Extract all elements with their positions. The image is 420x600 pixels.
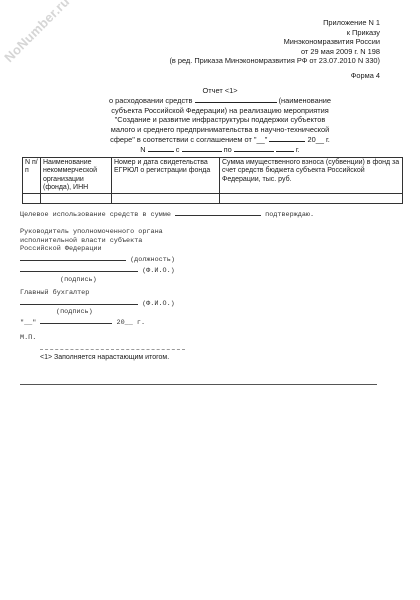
- position-line: (должность): [20, 254, 175, 265]
- signer-title: Руководитель уполномоченного органа: [20, 228, 175, 237]
- report-heading: Отчет <1>: [60, 86, 380, 95]
- title-line-4: малого и среднего предпринимательства в …: [60, 125, 380, 134]
- header-line: Минэкономразвития России: [169, 37, 380, 47]
- blank-field: [148, 144, 174, 152]
- col-header-organization: Наименование некоммерческой организации …: [41, 158, 112, 194]
- title-line-2: субъекта Российской Федерации) на реализ…: [60, 106, 380, 115]
- title-text: N: [140, 145, 145, 154]
- header-line: от 29 мая 2009 г. N 198: [169, 47, 380, 57]
- head-signature-block: Руководитель уполномоченного органа испо…: [20, 228, 175, 284]
- fio-label: (Ф.И.О.): [142, 267, 175, 275]
- blank-field: [276, 144, 294, 152]
- title-line-3: "Создание и развитие инфраструктуры подд…: [60, 115, 380, 124]
- date-year: 20__ г.: [117, 319, 146, 327]
- table-cell[interactable]: [41, 194, 112, 204]
- col-header-number: N п/п: [23, 158, 41, 194]
- confirmation-line: Целевое использование средств в сумме по…: [20, 209, 314, 220]
- confirmation-text: Целевое использование средств в сумме: [20, 211, 171, 219]
- header-line: (в ред. Приказа Минэкономразвития РФ от …: [169, 56, 380, 66]
- blank-field: [182, 144, 222, 152]
- bottom-divider: [20, 384, 377, 385]
- footnote-separator: [40, 349, 185, 350]
- report-title: Отчет <1> о расходовании средств (наимен…: [60, 86, 380, 155]
- table-header-row: N п/п Наименование некоммерческой органи…: [23, 158, 403, 194]
- form-label: Форма 4: [351, 71, 380, 80]
- signer-title: Российской Федерации: [20, 245, 175, 254]
- fio-line: (Ф.И.О.): [20, 265, 175, 276]
- watermark: NoNumber.ru: [1, 0, 72, 65]
- header-line: Приложение N 1: [169, 18, 380, 28]
- fio-label: (Ф.И.О.): [142, 300, 175, 308]
- signer-title: Главный бухгалтер: [20, 289, 175, 298]
- blank-field: [234, 144, 274, 152]
- date-month-blank: [40, 317, 112, 324]
- title-text: г.: [296, 145, 300, 154]
- report-table: N п/п Наименование некоммерческой органи…: [22, 157, 403, 204]
- position-blank: [20, 254, 126, 261]
- col-header-amount: Сумма имущественного взноса (субвенции) …: [220, 158, 403, 194]
- title-line-6: N с по г.: [60, 144, 380, 154]
- signature-label: (подпись): [20, 276, 175, 285]
- title-text: о расходовании средств: [109, 96, 192, 105]
- approval-header: Приложение N 1 к Приказу Минэкономразвит…: [169, 18, 380, 66]
- fio-blank: [20, 298, 138, 305]
- table-row: [23, 194, 403, 204]
- title-line-1: о расходовании средств (наименование: [60, 95, 380, 105]
- table-cell[interactable]: [23, 194, 41, 204]
- header-line: к Приказу: [169, 28, 380, 38]
- blank-field: [195, 95, 277, 103]
- date-day: "__": [20, 319, 36, 327]
- title-text: 20__ г.: [308, 135, 330, 144]
- title-text: по: [224, 145, 232, 154]
- title-text: (наименование: [279, 96, 331, 105]
- col-header-certificate: Номер и дата свидетельства ЕГРЮЛ о регис…: [112, 158, 220, 194]
- title-text: с: [176, 145, 180, 154]
- title-text: сфере" в соответствии с соглашением от "…: [110, 135, 267, 144]
- table-cell[interactable]: [220, 194, 403, 204]
- stamp-label: М.П.: [20, 334, 36, 343]
- footnote: <1> Заполняется нарастающим итогом.: [40, 354, 169, 361]
- fio-line: (Ф.И.О.): [20, 298, 175, 309]
- date-line: "__" 20__ г.: [20, 317, 175, 328]
- blank-field: [269, 134, 305, 142]
- fio-blank: [20, 265, 138, 272]
- accountant-signature-block: Главный бухгалтер (Ф.И.О.) (подпись) "__…: [20, 289, 175, 328]
- table-cell[interactable]: [112, 194, 220, 204]
- confirmation-text: подтверждаю.: [265, 211, 314, 219]
- title-line-5: сфере" в соответствии с соглашением от "…: [60, 134, 380, 144]
- amount-blank: [175, 209, 261, 216]
- position-label: (должность): [130, 256, 175, 264]
- signature-label: (подпись): [20, 308, 175, 317]
